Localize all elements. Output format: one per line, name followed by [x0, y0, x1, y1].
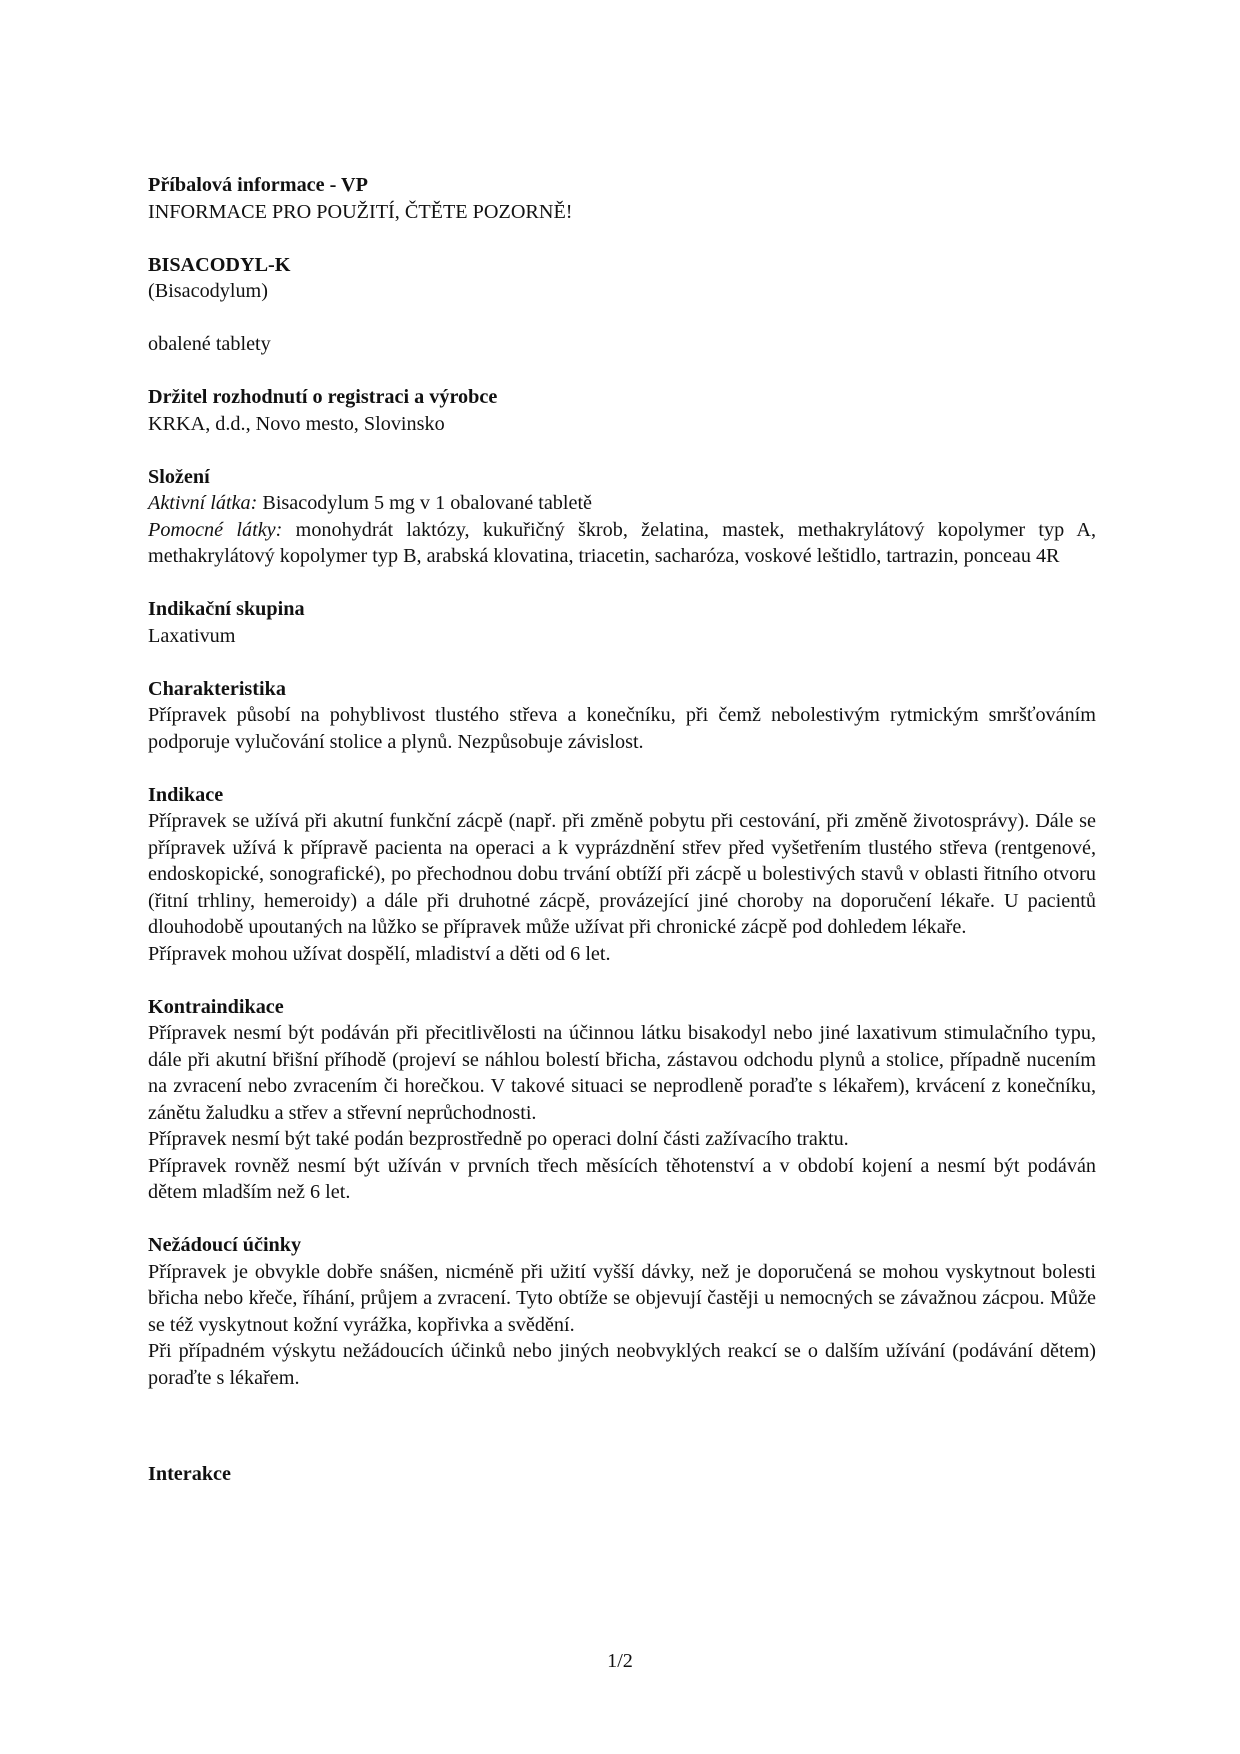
holder-section: Držitel rozhodnutí o registraci a výrobc…	[148, 384, 1096, 437]
leaflet-page: Příbalová informace - VP INFORMACE PRO P…	[148, 172, 1096, 1488]
indications-section: Indikace Přípravek se užívá při akutní f…	[148, 782, 1096, 968]
page-number: 1/2	[0, 1650, 1240, 1673]
composition-heading: Složení	[148, 464, 1096, 491]
interactions-section: Interakce	[148, 1461, 1096, 1488]
excipients: Pomocné látky: monohydrát laktózy, kukuř…	[148, 517, 1096, 570]
contraindications-section: Kontraindikace Přípravek nesmí být podáv…	[148, 994, 1096, 1206]
indications-paragraph: Přípravek mohou užívat dospělí, mladistv…	[148, 941, 1096, 968]
characteristics-section: Charakteristika Přípravek působí na pohy…	[148, 676, 1096, 756]
side-effects-paragraph: Přípravek je obvykle dobře snášen, nicmé…	[148, 1259, 1096, 1339]
characteristics-heading: Charakteristika	[148, 676, 1096, 703]
document-header: Příbalová informace - VP INFORMACE PRO P…	[148, 172, 1096, 225]
contraindications-heading: Kontraindikace	[148, 994, 1096, 1021]
side-effects-heading: Nežádoucí účinky	[148, 1232, 1096, 1259]
side-effects-paragraph: Při případném výskytu nežádoucích účinků…	[148, 1338, 1096, 1391]
read-carefully-notice: INFORMACE PRO POUŽITÍ, ČTĚTE POZORNĚ!	[148, 199, 1096, 226]
active-substance-label: Aktivní látka:	[148, 492, 257, 514]
product-inn: (Bisacodylum)	[148, 278, 1096, 305]
holder-heading: Držitel rozhodnutí o registraci a výrobc…	[148, 384, 1096, 411]
excipients-label: Pomocné látky:	[148, 519, 282, 541]
contraindications-paragraph: Přípravek nesmí být také podán bezprostř…	[148, 1126, 1096, 1153]
active-substance-text: Bisacodylum 5 mg v 1 obalované tabletě	[257, 492, 592, 514]
indications-paragraph: Přípravek se užívá při akutní funkční zá…	[148, 808, 1096, 941]
interactions-heading: Interakce	[148, 1461, 1096, 1488]
group-heading: Indikační skupina	[148, 596, 1096, 623]
holder-text: KRKA, d.d., Novo mesto, Slovinsko	[148, 411, 1096, 438]
product-name: BISACODYL-K	[148, 252, 1096, 279]
side-effects-section: Nežádoucí účinky Přípravek je obvykle do…	[148, 1232, 1096, 1391]
indications-heading: Indikace	[148, 782, 1096, 809]
contraindications-paragraph: Přípravek nesmí být podáván při přecitli…	[148, 1020, 1096, 1126]
contraindications-paragraph: Přípravek rovněž nesmí být užíván v prvn…	[148, 1153, 1096, 1206]
composition-section: Složení Aktivní látka: Bisacodylum 5 mg …	[148, 464, 1096, 570]
group-section: Indikační skupina Laxativum	[148, 596, 1096, 649]
product-section: BISACODYL-K (Bisacodylum) obalené tablet…	[148, 252, 1096, 358]
excipients-text: monohydrát laktózy, kukuřičný škrob, žel…	[148, 519, 1096, 568]
characteristics-text: Přípravek působí na pohyblivost tlustého…	[148, 702, 1096, 755]
leaflet-title: Příbalová informace - VP	[148, 172, 1096, 199]
product-form: obalené tablety	[148, 331, 1096, 358]
group-text: Laxativum	[148, 623, 1096, 650]
active-substance: Aktivní látka: Bisacodylum 5 mg v 1 obal…	[148, 490, 1096, 517]
